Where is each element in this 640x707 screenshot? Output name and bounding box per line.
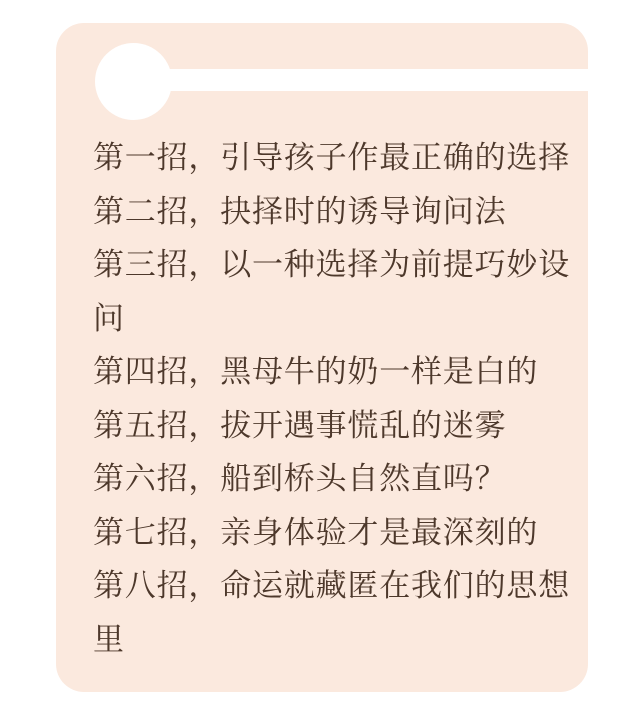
list-item: 第八招，命运就藏匿在我们的思想 里: [93, 559, 579, 666]
methods-list: 第一招，引导孩子作最正确的选择 第二招，抉择时的诱导询问法 第三招，以一种选择为…: [93, 131, 579, 666]
list-item: 第五招，拔开遇事慌乱的迷雾: [93, 399, 579, 453]
list-item: 第三招，以一种选择为前提巧妙设 问: [93, 238, 579, 345]
list-item: 第四招，黑母牛的奶一样是白的: [93, 345, 579, 399]
list-item: 第二招，抉择时的诱导询问法: [93, 185, 579, 239]
list-item: 第七招，亲身体验才是最深刻的: [93, 506, 579, 560]
list-item: 第一招，引导孩子作最正确的选择: [93, 131, 579, 185]
decoration-line: [131, 69, 588, 91]
list-item: 第六招，船到桥头自然直吗？: [93, 452, 579, 506]
page-background: 第一招，引导孩子作最正确的选择 第二招，抉择时的诱导询问法 第三招，以一种选择为…: [0, 0, 640, 707]
content-card: 第一招，引导孩子作最正确的选择 第二招，抉择时的诱导询问法 第三招，以一种选择为…: [56, 23, 588, 692]
